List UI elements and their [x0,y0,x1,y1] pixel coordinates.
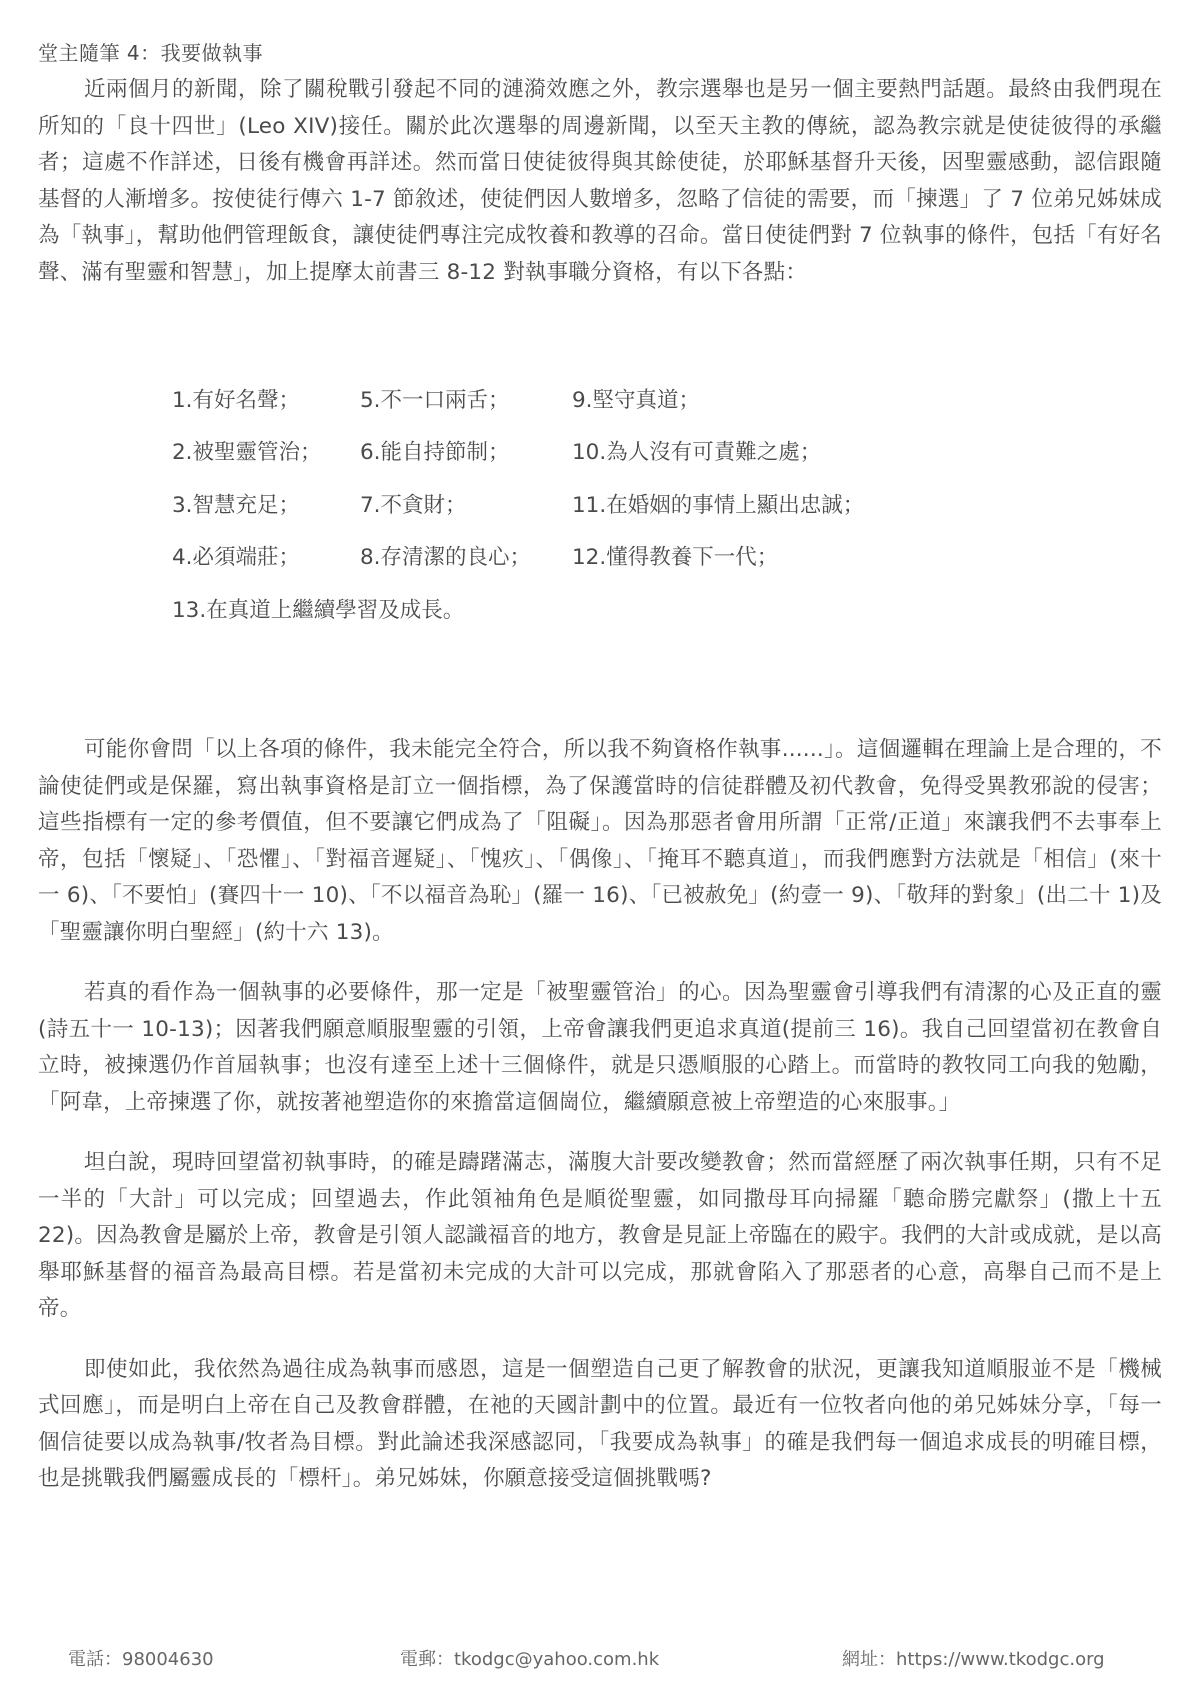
list-item: 8.存清潔的良心； [360,540,572,571]
list-item: 7.不貪財； [360,488,572,519]
footer-email[interactable]: 電郵：tkodgc@yahoo.com.hk [400,1645,659,1671]
page-title: 堂主隨筆 4：我要做執事 [38,38,1162,68]
paragraph-1: 可能你會問「以上各項的條件，我未能完全符合，所以我不夠資格作執事......」。… [38,732,1162,951]
list-item: 12.懂得教養下一代； [572,540,1072,571]
list-item: 9.堅守真道； [572,383,1072,414]
list-row: 13.在真道上繼續學習及成長。 [172,582,1072,635]
footer-phone: 電話：98004630 [68,1645,214,1671]
list-item: 3.智慧充足； [172,488,360,519]
list-item: 1.有好名聲； [172,383,360,414]
list-row: 2.被聖靈管治； 6.能自持節制； 10.為人沒有可責難之處； [172,425,1072,478]
document-body: 堂主隨筆 4：我要做執事 近兩個月的新聞，除了關稅戰引發起不同的漣漪效應之外，教… [38,38,1162,291]
list-item: 11.在婚姻的事情上顯出忠誠； [572,488,1072,519]
qualifications-list: 1.有好名聲； 5.不一口兩舌； 9.堅守真道； 2.被聖靈管治； 6.能自持節… [172,372,1072,635]
paragraph-4: 即使如此，我依然為過往成為執事而感恩，這是一個塑造自己更了解教會的狀況，更讓我知… [38,1352,1162,1498]
list-row: 4.必須端莊； 8.存清潔的良心； 12.懂得教養下一代； [172,530,1072,583]
article-body: 可能你會問「以上各項的條件，我未能完全符合，所以我不夠資格作執事......」。… [38,732,1162,1522]
list-item: 6.能自持節制； [360,435,572,466]
list-item: 4.必須端莊； [172,540,360,571]
list-item: 5.不一口兩舌； [360,383,572,414]
intro-paragraph: 近兩個月的新聞，除了關稅戰引發起不同的漣漪效應之外，教宗選舉也是另一個主要熱門話… [38,72,1162,291]
list-item: 10.為人沒有可責難之處； [572,435,1072,466]
paragraph-3: 坦白說，現時回望當初執事時，的確是躊躇滿志，滿腹大計要改變教會；然而當經歷了兩次… [38,1145,1162,1328]
paragraph-2: 若真的看作為一個執事的必要條件，那一定是「被聖靈管治」的心。因為聖靈會引導我們有… [38,975,1162,1121]
list-row: 1.有好名聲； 5.不一口兩舌； 9.堅守真道； [172,372,1072,425]
footer-website[interactable]: 網址：https://www.tkodgc.org [842,1645,1105,1671]
list-item: 13.在真道上繼續學習及成長。 [172,593,464,624]
list-row: 3.智慧充足； 7.不貪財； 11.在婚姻的事情上顯出忠誠； [172,477,1072,530]
list-item: 2.被聖靈管治； [172,435,360,466]
